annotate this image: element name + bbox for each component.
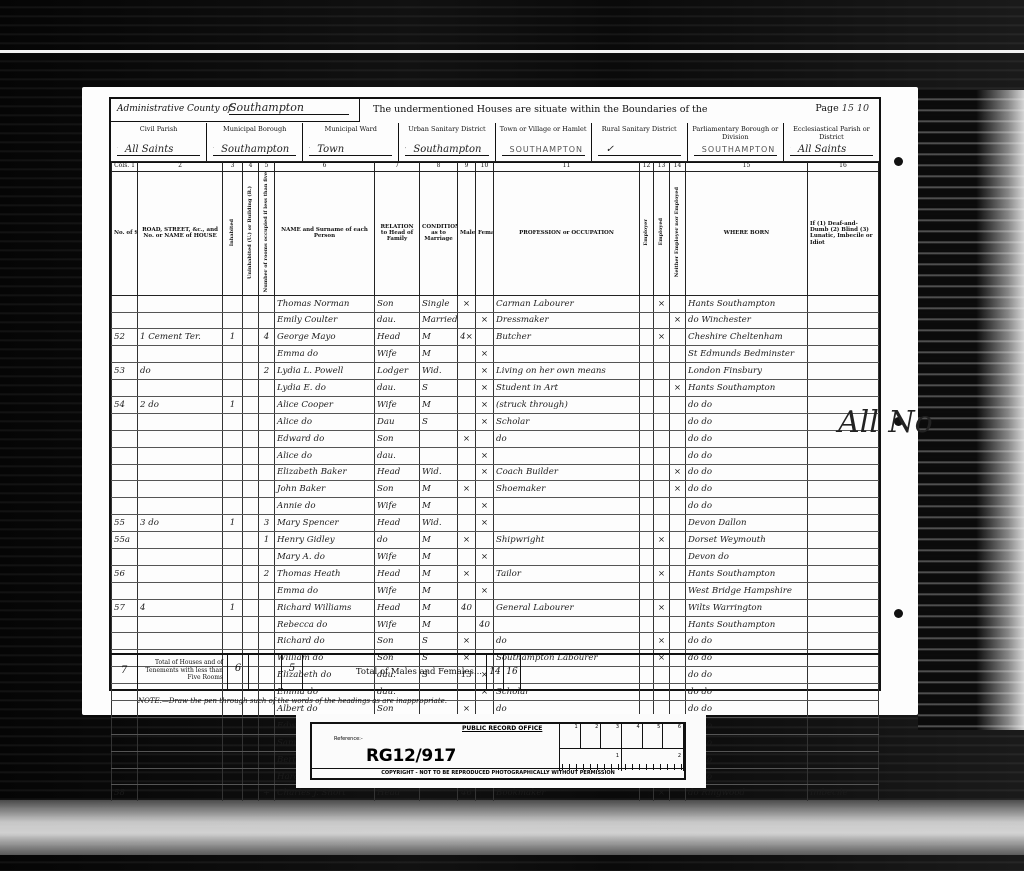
cell-schedule [112, 633, 138, 650]
cell-name: Mary A. do [275, 549, 375, 566]
cell-occupation: do [494, 430, 640, 447]
cell-neither [670, 447, 686, 464]
cell-infirmity [808, 751, 879, 768]
table-row: Rebecca doWifeM40Hants Southampton [112, 616, 879, 633]
cell-female-age: × [476, 447, 494, 464]
cell-condition: M [420, 396, 458, 413]
cell-male-age [458, 346, 476, 363]
cell-schedule [112, 701, 138, 718]
cell-employed: × [654, 633, 670, 650]
cell-infirmity [808, 481, 879, 498]
cell-born: do do [686, 498, 808, 515]
header-rooms: Number of rooms occupied if less than fi… [259, 172, 275, 296]
cell-inhabited [223, 751, 243, 768]
table-row: 521 Cement Ter.14George MayoHeadM4×Butch… [112, 329, 879, 346]
cell-uninhabited [243, 396, 259, 413]
cell-employer [640, 312, 654, 329]
cell-rooms: 3 [259, 515, 275, 532]
cell-male-age [458, 413, 476, 430]
cell-female-age [476, 430, 494, 447]
cell-neither [670, 363, 686, 380]
column-number: 10 [476, 162, 494, 172]
cell-employer [640, 329, 654, 346]
punch-hole [894, 609, 903, 618]
cell-inhabited [223, 430, 243, 447]
cell-inhabited [223, 582, 243, 599]
cell-neither [670, 430, 686, 447]
cell-male-age [458, 498, 476, 515]
cell-road: do [138, 363, 223, 380]
area-value: All Saints [117, 144, 200, 156]
cell-employed [654, 413, 670, 430]
cell-rooms [259, 447, 275, 464]
cell-condition: M [420, 532, 458, 549]
header-schedule: No. of Schedule [112, 172, 138, 296]
cell-born: do do [686, 396, 808, 413]
total-females: 16 [504, 655, 521, 689]
cell-born: Wilts Warrington [686, 599, 808, 616]
table-row: 553 do13Mary SpencerHeadWid.×Devon Dallo… [112, 515, 879, 532]
table-row: 542 do1Alice CooperWifeM×(struck through… [112, 396, 879, 413]
cell-employer [640, 582, 654, 599]
area-value: SOUTHAMPTON [694, 144, 777, 156]
cell-male-age [458, 464, 476, 481]
cell-female-age: × [476, 413, 494, 430]
header-infirmity: If (1) Deaf-and-Dumb (2) Blind (3) Lunat… [808, 172, 879, 296]
cell-occupation: Scholar [494, 413, 640, 430]
cell-relation: dau. [375, 380, 420, 397]
cell-rooms [259, 380, 275, 397]
cell-uninhabited [243, 430, 259, 447]
cell-employer [640, 515, 654, 532]
cell-rooms [259, 599, 275, 616]
cell-road [138, 312, 223, 329]
cell-male-age [458, 363, 476, 380]
cell-inhabited [223, 363, 243, 380]
cell-condition: Single [420, 295, 458, 312]
cell-schedule [112, 717, 138, 734]
cell-rooms [259, 717, 275, 734]
table-row: Mary A. doWifeM×Devon do [112, 549, 879, 566]
cell-occupation: Tailor [494, 565, 640, 582]
table-row: 5741Richard WilliamsHeadM40General Labou… [112, 599, 879, 616]
area-value: All Saints [790, 144, 873, 156]
cell-road [138, 430, 223, 447]
cell-male-age: × [458, 633, 476, 650]
cell-inhabited: 1 [223, 329, 243, 346]
cell-road [138, 498, 223, 515]
cell-inhabited [223, 616, 243, 633]
cell-male-age [458, 396, 476, 413]
column-number: 2 [138, 162, 223, 172]
area-field: Parliamentary Borough or DivisionSOUTHAM… [688, 123, 784, 161]
cell-uninhabited [243, 532, 259, 549]
cell-inhabited [223, 498, 243, 515]
cell-inhabited [223, 380, 243, 397]
scan-streak [918, 90, 1024, 730]
cell-born: do do [686, 633, 808, 650]
cell-condition: Wid. [420, 515, 458, 532]
margin-annotation: All No [838, 405, 933, 440]
reference-number: RG12/917 [366, 746, 456, 766]
area-label: Ecclesiastical Parish or District [784, 125, 879, 141]
total-males: 14 [487, 655, 504, 689]
cell-relation: Son [375, 430, 420, 447]
total-mf-label: Total of Males and Females... [303, 655, 487, 689]
cell-occupation: (struck through) [494, 396, 640, 413]
cell-neither [670, 549, 686, 566]
cell-male-age: × [458, 565, 476, 582]
cell-inhabited: 1 [223, 515, 243, 532]
cell-born: West Bridge Hampshire [686, 582, 808, 599]
cell-rooms: 2 [259, 363, 275, 380]
cell-schedule [112, 413, 138, 430]
cell-occupation: Butcher [494, 329, 640, 346]
cell-employer [640, 363, 654, 380]
table-row: Alice dodau.×do do [112, 447, 879, 464]
cell-schedule [112, 768, 138, 785]
cell-female-age: × [476, 549, 494, 566]
cell-uninhabited [243, 549, 259, 566]
cell-employed: × [654, 295, 670, 312]
cell-relation: Wife [375, 396, 420, 413]
column-headers: No. of Schedule ROAD, STREET, &c., and N… [112, 172, 879, 296]
cell-road: 1 Cement Ter. [138, 329, 223, 346]
cell-occupation [494, 515, 640, 532]
table-row: 55a1Henry GidleydoM×Shipwright×Dorset We… [112, 532, 879, 549]
cell-inhabited: 1 [223, 396, 243, 413]
area-field: Urban Sanitary DistrictSouthampton [399, 123, 495, 161]
cell-relation: Son [375, 295, 420, 312]
cell-inhabited [223, 565, 243, 582]
cell-employed: × [654, 565, 670, 582]
cell-road [138, 413, 223, 430]
column-numbers: Cols. 12345678910111213141516 [112, 162, 879, 172]
table-row: Alice doDauS×Scholardo do [112, 413, 879, 430]
area-field: Ecclesiastical Parish or DistrictAll Sai… [784, 123, 879, 161]
cell-inhabited [223, 413, 243, 430]
area-field: Municipal WardTown [303, 123, 399, 161]
area-label: Municipal Ward [303, 125, 398, 133]
cell-rooms [259, 464, 275, 481]
cell-schedule: 57 [112, 599, 138, 616]
scale-cm-mark: 2 [581, 724, 602, 748]
cell-employed [654, 616, 670, 633]
cell-infirmity [808, 734, 879, 751]
cell-occupation [494, 447, 640, 464]
cell-infirmity [808, 498, 879, 515]
cell-schedule [112, 447, 138, 464]
cell-schedule [112, 734, 138, 751]
cell-male-age [458, 582, 476, 599]
cell-infirmity [808, 565, 879, 582]
cell-born: do do [686, 481, 808, 498]
cell-female-age [476, 633, 494, 650]
cell-rooms [259, 633, 275, 650]
cell-rooms [259, 768, 275, 785]
cell-born: do Winchester [686, 312, 808, 329]
cell-condition [420, 430, 458, 447]
cell-male-age [458, 515, 476, 532]
table-row: 53do2Lydia L. PowellLodgerWid.×Living on… [112, 363, 879, 380]
cell-inhabited [223, 633, 243, 650]
area-field: Municipal BoroughSouthampton [207, 123, 303, 161]
cell-road [138, 785, 223, 802]
cell-name: George Mayo [275, 329, 375, 346]
cell-employed [654, 549, 670, 566]
cell-inhabited [223, 295, 243, 312]
cell-born: Hants Southampton [686, 295, 808, 312]
cell-relation: Son [375, 633, 420, 650]
cell-occupation: Dressmaker [494, 312, 640, 329]
cell-uninhabited [243, 515, 259, 532]
cell-rooms: 1 [259, 532, 275, 549]
cell-infirmity [808, 599, 879, 616]
cell-relation: Wife [375, 498, 420, 515]
cell-inhabited [223, 734, 243, 751]
cell-road [138, 481, 223, 498]
cell-relation: dau. [375, 312, 420, 329]
cell-occupation [494, 549, 640, 566]
cell-condition: S [420, 633, 458, 650]
header-born: WHERE BORN [686, 172, 808, 296]
cell-inhabited [223, 785, 243, 802]
cell-schedule [112, 498, 138, 515]
column-number: 11 [494, 162, 640, 172]
cell-employed [654, 380, 670, 397]
cell-rooms [259, 430, 275, 447]
cell-female-age [476, 295, 494, 312]
cell-rooms [259, 413, 275, 430]
cell-schedule [112, 751, 138, 768]
area-value: Southampton [405, 144, 488, 156]
cell-name: Thomas Norman [275, 295, 375, 312]
cell-name: Annie do [275, 498, 375, 515]
cell-rooms [259, 312, 275, 329]
table-row: Emma doWifeM×West Bridge Hampshire [112, 582, 879, 599]
column-number: 4 [243, 162, 259, 172]
cell-rooms [259, 295, 275, 312]
scale-cm: 123456 [560, 724, 684, 749]
cell-neither [670, 532, 686, 549]
cell-rooms: + [259, 785, 275, 802]
cell-condition: Wid. [420, 464, 458, 481]
cell-name: Elizabeth Baker [275, 464, 375, 481]
reference-frame: PUBLIC RECORD OFFICE Reference:- RG12/91… [310, 722, 686, 780]
cell-rooms: 2 [259, 565, 275, 582]
cell-employer [640, 633, 654, 650]
cell-schedule [112, 464, 138, 481]
cell-employer [640, 599, 654, 616]
cell-employer [640, 616, 654, 633]
cell-inhabited [223, 768, 243, 785]
cell-rooms: 4 [259, 329, 275, 346]
area-field: Town or Village or HamletSOUTHAMPTON [496, 123, 592, 161]
cell-uninhabited [243, 295, 259, 312]
cell-employer [640, 396, 654, 413]
cell-employed [654, 346, 670, 363]
header-employer: Employer [640, 172, 654, 296]
cell-schedule: 56 [112, 565, 138, 582]
header-occupation: PROFESSION or OCCUPATION [494, 172, 640, 296]
cell-infirmity [808, 295, 879, 312]
cell-relation: Head [375, 329, 420, 346]
cell-employer [640, 481, 654, 498]
cell-female-age: × [476, 396, 494, 413]
cell-born: Dorset Weymouth [686, 532, 808, 549]
cell-employer [640, 295, 654, 312]
cell-uninhabited [243, 481, 259, 498]
cell-occupation: Carman Labourer [494, 295, 640, 312]
cell-employed [654, 582, 670, 599]
cell-employer [640, 430, 654, 447]
cell-inhabited [223, 549, 243, 566]
cell-road: 4 [138, 599, 223, 616]
cell-uninhabited [243, 717, 259, 734]
column-number: 3 [223, 162, 243, 172]
cell-infirmity [808, 363, 879, 380]
cell-uninhabited [243, 751, 259, 768]
cell-uninhabited [243, 565, 259, 582]
cell-neither [670, 413, 686, 430]
cell-schedule: 58 [112, 785, 138, 802]
cell-name: Emma do [275, 346, 375, 363]
scan-band [0, 800, 1024, 855]
cell-born: Devon do [686, 549, 808, 566]
cell-rooms [259, 346, 275, 363]
cell-schedule [112, 295, 138, 312]
cell-female-age: × [476, 380, 494, 397]
cell-employed [654, 447, 670, 464]
header-employed: Employed [654, 172, 670, 296]
header-inhabited: Inhabited [223, 172, 243, 296]
cell-neither: × [670, 464, 686, 481]
scale-cm-mark: 4 [622, 724, 643, 748]
cell-name: Thomas Heath [275, 565, 375, 582]
cell-employed [654, 515, 670, 532]
cell-neither [670, 565, 686, 582]
cell-condition: M [420, 565, 458, 582]
cell-occupation [494, 346, 640, 363]
total-rooms: 5 [282, 655, 303, 689]
cell-inhabited [223, 447, 243, 464]
cell-relation: Head [375, 565, 420, 582]
area-label: Rural Sanitary District [592, 125, 687, 133]
copyright-notice: COPYRIGHT - NOT TO BE REPRODUCED PHOTOGR… [312, 768, 684, 778]
scale-cm-mark: 6 [663, 724, 684, 748]
cell-condition: Married [420, 312, 458, 329]
cell-infirmity [808, 380, 879, 397]
cell-road: 3 do [138, 515, 223, 532]
cell-female-age [476, 481, 494, 498]
cell-uninhabited [243, 447, 259, 464]
cell-schedule [112, 481, 138, 498]
header-relation: RELATION to Head of Family [375, 172, 420, 296]
cell-male-age: 40 [458, 599, 476, 616]
cell-inhabited [223, 346, 243, 363]
area-field: Civil ParishAll Saints [111, 123, 207, 161]
cell-inhabited [223, 481, 243, 498]
area-label: Civil Parish [111, 125, 206, 133]
header-name: NAME and Surname of each Person [275, 172, 375, 296]
cell-male-age: × [458, 295, 476, 312]
cell-employed: × [654, 329, 670, 346]
area-label: Parliamentary Borough or Division [688, 125, 783, 141]
cell-road [138, 734, 223, 751]
cell-road [138, 751, 223, 768]
cell-male-age [458, 549, 476, 566]
cell-road [138, 768, 223, 785]
area-label: Municipal Borough [207, 125, 302, 133]
cell-name: Richard Williams [275, 599, 375, 616]
cell-rooms [259, 549, 275, 566]
header-neither: Neither Employer nor Employed [670, 172, 686, 296]
table-row: Edward doSon×dodo do [112, 430, 879, 447]
cell-name: Richard do [275, 633, 375, 650]
cell-uninhabited [243, 346, 259, 363]
cell-infirmity [808, 582, 879, 599]
area-value: Town [309, 144, 392, 156]
cell-rooms [259, 396, 275, 413]
form-note: NOTE.—Draw the pen through such of the w… [138, 697, 447, 705]
cell-male-age: × [458, 481, 476, 498]
cell-neither: × [670, 312, 686, 329]
column-number: Cols. 1 [112, 162, 138, 172]
cell-female-age: × [476, 363, 494, 380]
cell-infirmity [808, 701, 879, 718]
cell-relation: Wife [375, 549, 420, 566]
county-value: Southampton [229, 101, 349, 115]
cell-condition: M [420, 549, 458, 566]
cell-rooms [259, 751, 275, 768]
table-row: Thomas NormanSonSingle×Carman Labourer×H… [112, 295, 879, 312]
cell-born: St Edmunds Bedminster [686, 346, 808, 363]
census-form: Administrative County of Southampton The… [109, 97, 881, 691]
cell-employer [640, 413, 654, 430]
cell-schedule: 54 [112, 396, 138, 413]
cell-female-age: 40 [476, 616, 494, 633]
cell-occupation: Shipwright [494, 532, 640, 549]
cell-condition: M [420, 346, 458, 363]
cell-employed [654, 363, 670, 380]
total-inhabited: 6 [228, 655, 249, 689]
cell-road [138, 549, 223, 566]
table-row: Elizabeth BakerHeadWid.×Coach Builder×do… [112, 464, 879, 481]
table-row: Richard doSonS×do×do do [112, 633, 879, 650]
total-houses-label: Total of Houses and of Tenements with le… [138, 655, 228, 689]
cell-road [138, 633, 223, 650]
cell-employer [640, 464, 654, 481]
cell-infirmity [808, 329, 879, 346]
cell-road [138, 295, 223, 312]
cell-name: Rebecca do [275, 616, 375, 633]
cell-relation: do [375, 532, 420, 549]
census-table: Cols. 12345678910111213141516 No. of Sch… [111, 161, 879, 802]
cell-born: Cheshire Cheltenham [686, 329, 808, 346]
cell-female-age: × [476, 312, 494, 329]
boundaries-text: The undermentioned Houses are situate wi… [373, 104, 708, 115]
cell-schedule [112, 549, 138, 566]
cell-name: Emily Coulter [275, 312, 375, 329]
cell-uninhabited [243, 734, 259, 751]
cell-uninhabited [243, 312, 259, 329]
cell-employer [640, 549, 654, 566]
scan-line [0, 50, 1024, 53]
column-number: 15 [686, 162, 808, 172]
cell-infirmity [808, 447, 879, 464]
cell-neither [670, 599, 686, 616]
cell-infirmity [808, 515, 879, 532]
